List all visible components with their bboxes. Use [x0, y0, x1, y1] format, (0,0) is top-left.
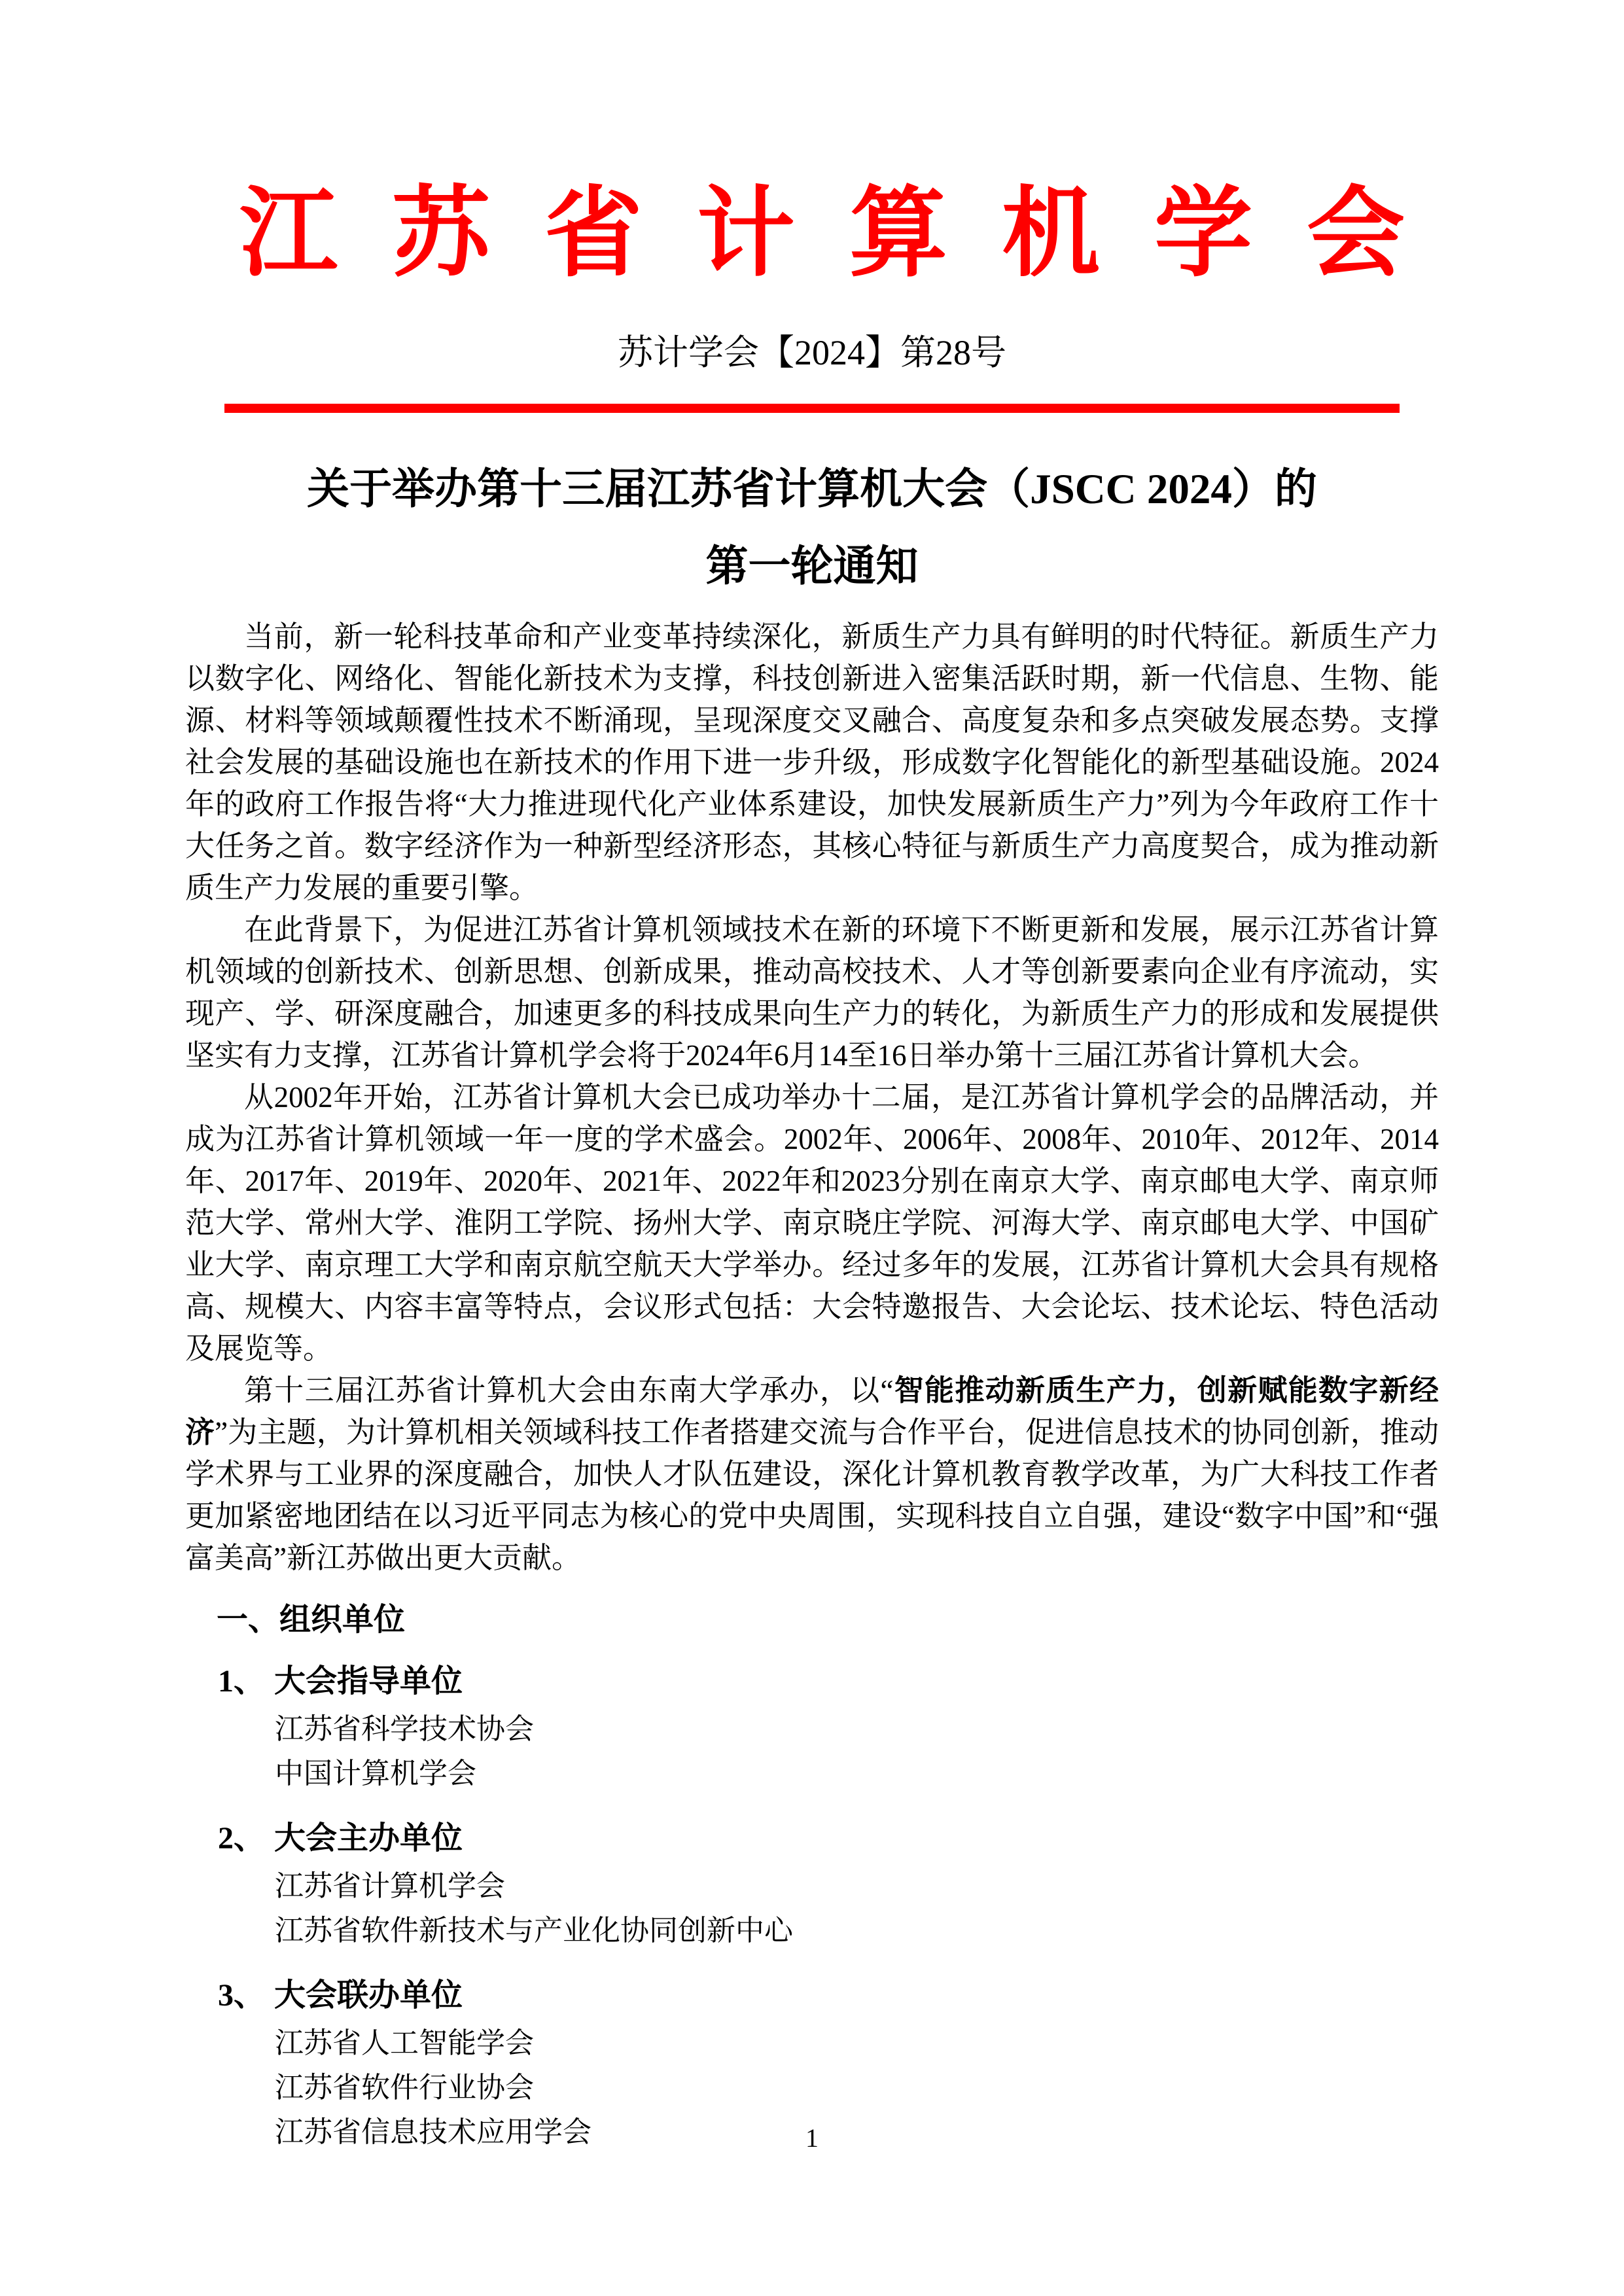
subsection-title-host: 大会主办单位 — [274, 1821, 463, 1856]
list-item: 江苏省软件行业协会 — [275, 2066, 1439, 2110]
paragraph-history: 从2002年开始，江苏省计算机大会已成功举办十二届，是江苏省计算机学会的品牌活动… — [185, 1076, 1439, 1369]
guidance-units-list: 江苏省科学技术协会 中国计算机学会 — [185, 1707, 1439, 1796]
document-body: 关于举办第十三届江苏省计算机大会（JSCC 2024）的 第一轮通知 当前，新一… — [185, 451, 1439, 2155]
list-item: 江苏省人工智能学会 — [275, 2021, 1439, 2066]
section-heading-organization: 一、组织单位 — [217, 1601, 1439, 1639]
paragraph-4-pre: 第十三届江苏省计算机大会由东南大学承办，以“ — [244, 1374, 893, 1407]
subsection-host-units: 2、大会主办单位 江苏省计算机学会 江苏省软件新技术与产业化协同创新中心 — [185, 1820, 1439, 1953]
doc-title-line1: 关于举办第十三届江苏省计算机大会（JSCC 2024）的 — [185, 451, 1439, 528]
subsection-heading-host: 2、大会主办单位 — [218, 1820, 1439, 1858]
subsection-heading-co-organizer: 3、大会联办单位 — [218, 1977, 1439, 2015]
page-number: 1 — [0, 2124, 1624, 2153]
subsection-number-3: 3、 — [218, 1978, 265, 2013]
list-item: 中国计算机学会 — [275, 1752, 1439, 1796]
red-divider-line — [224, 404, 1400, 413]
subsection-guidance-units: 1、大会指导单位 江苏省科学技术协会 中国计算机学会 — [185, 1663, 1439, 1796]
paragraph-4-post: ”为主题，为计算机相关领域科技工作者搭建交流与合作平台，促进信息技术的协同创新，… — [185, 1416, 1439, 1574]
host-units-list: 江苏省计算机学会 江苏省软件新技术与产业化协同创新中心 — [185, 1864, 1439, 1953]
subsection-title-guidance: 大会指导单位 — [274, 1664, 463, 1699]
subsection-title-co-organizer: 大会联办单位 — [274, 1978, 463, 2013]
list-item: 江苏省软件新技术与产业化协同创新中心 — [275, 1909, 1439, 1953]
document-page: 江苏省计算机学会 苏计学会【2024】第28号 关于举办第十三届江苏省计算机大会… — [0, 0, 1624, 2296]
letterhead: 江苏省计算机学会 苏计学会【2024】第28号 — [185, 185, 1439, 413]
doc-title-line2: 第一轮通知 — [185, 528, 1439, 605]
paragraph-new-productive-forces: 当前，新一轮科技革命和产业变革持续深化，新质生产力具有鲜明的时代特征。新质生产力… — [185, 616, 1439, 909]
subsection-number-1: 1、 — [218, 1664, 265, 1699]
doc-title: 关于举办第十三届江苏省计算机大会（JSCC 2024）的 第一轮通知 — [185, 451, 1439, 605]
doc-number: 苏计学会【2024】第28号 — [185, 328, 1439, 378]
org-title: 江苏省计算机学会 — [185, 185, 1439, 283]
paragraph-background: 在此背景下，为促进江苏省计算机领域技术在新的环境下不断更新和发展，展示江苏省计算… — [185, 909, 1439, 1076]
body-paragraphs: 当前，新一轮科技革命和产业变革持续深化，新质生产力具有鲜明的时代特征。新质生产力… — [185, 616, 1439, 1579]
subsection-number-2: 2、 — [218, 1821, 265, 1856]
list-item: 江苏省科学技术协会 — [275, 1707, 1439, 1752]
list-item: 江苏省计算机学会 — [275, 1864, 1439, 1909]
paragraph-13th-conference: 第十三届江苏省计算机大会由东南大学承办，以“智能推动新质生产力，创新赋能数字新经… — [185, 1369, 1439, 1579]
subsection-heading-guidance: 1、大会指导单位 — [218, 1663, 1439, 1701]
